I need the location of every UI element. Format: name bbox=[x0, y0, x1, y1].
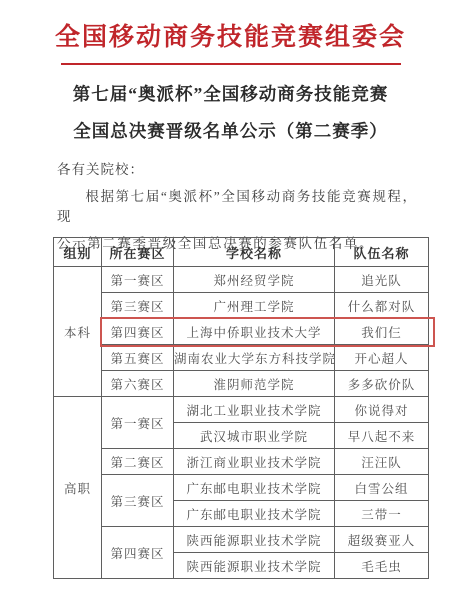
school-cell: 浙江商业职业技术学院 bbox=[174, 449, 335, 475]
table-row: 第三赛区广州理工学院什么都对队 bbox=[54, 293, 429, 319]
document-page: 全国移动商务技能竞赛组委会 第七届“奥派杯”全国移动商务技能竞赛 全国总决赛晋级… bbox=[0, 0, 461, 612]
table-row: 第四赛区上海中侨职业技术大学我们仨 bbox=[54, 319, 429, 345]
salutation: 各有关院校： bbox=[57, 160, 431, 180]
team-cell: 多多砍价队 bbox=[335, 371, 429, 397]
doc-title-line2: 全国总决赛晋级名单公示（第二赛季） bbox=[0, 119, 461, 143]
zone-cell: 第四赛区 bbox=[102, 527, 174, 579]
col-header-school: 学校名称 bbox=[174, 238, 335, 267]
table-row: 高职第一赛区湖北工业职业技术学院你说得对 bbox=[54, 397, 429, 423]
zone-cell: 第三赛区 bbox=[102, 293, 174, 319]
school-cell: 上海中侨职业技术大学 bbox=[174, 319, 335, 345]
team-cell: 毛毛虫 bbox=[335, 553, 429, 579]
team-cell: 开心超人 bbox=[335, 345, 429, 371]
team-cell: 你说得对 bbox=[335, 397, 429, 423]
school-cell: 淮阴师范学院 bbox=[174, 371, 335, 397]
table-row: 第三赛区广东邮电职业技术学院白雪公组 bbox=[54, 475, 429, 501]
col-header-zone: 所在赛区 bbox=[102, 238, 174, 267]
team-cell: 我们仨 bbox=[335, 319, 429, 345]
intro-line1: 根据第七届“奥派杯”全国移动商务技能竞赛规程，现 bbox=[57, 187, 431, 227]
school-cell: 陕西能源职业技术学院 bbox=[174, 527, 335, 553]
team-cell: 什么都对队 bbox=[335, 293, 429, 319]
col-header-team: 队伍名称 bbox=[335, 238, 429, 267]
zone-cell: 第三赛区 bbox=[102, 475, 174, 527]
org-title: 全国移动商务技能竞赛组委会 bbox=[0, 0, 461, 56]
team-cell: 三带一 bbox=[335, 501, 429, 527]
doc-title-line1: 第七届“奥派杯”全国移动商务技能竞赛 bbox=[0, 82, 461, 106]
group-cell: 高职 bbox=[54, 397, 102, 579]
team-cell: 汪汪队 bbox=[335, 449, 429, 475]
zone-cell: 第四赛区 bbox=[102, 319, 174, 345]
team-cell: 超级赛亚人 bbox=[335, 527, 429, 553]
school-cell: 陕西能源职业技术学院 bbox=[174, 553, 335, 579]
team-cell: 早八起不来 bbox=[335, 423, 429, 449]
table-row: 第二赛区浙江商业职业技术学院汪汪队 bbox=[54, 449, 429, 475]
school-cell: 湖北工业职业技术学院 bbox=[174, 397, 335, 423]
zone-cell: 第五赛区 bbox=[102, 345, 174, 371]
table-row: 第四赛区陕西能源职业技术学院超级赛亚人 bbox=[54, 527, 429, 553]
table-row: 第六赛区淮阴师范学院多多砍价队 bbox=[54, 371, 429, 397]
zone-cell: 第一赛区 bbox=[102, 397, 174, 449]
zone-cell: 第六赛区 bbox=[102, 371, 174, 397]
col-header-group: 组别 bbox=[54, 238, 102, 267]
zone-cell: 第一赛区 bbox=[102, 267, 174, 293]
table-header-row: 组别 所在赛区 学校名称 队伍名称 bbox=[54, 238, 429, 267]
school-cell: 郑州经贸学院 bbox=[174, 267, 335, 293]
table-row: 第五赛区湖南农业大学东方科技学院开心超人 bbox=[54, 345, 429, 371]
group-cell: 本科 bbox=[54, 267, 102, 397]
school-cell: 广东邮电职业技术学院 bbox=[174, 501, 335, 527]
school-cell: 广东邮电职业技术学院 bbox=[174, 475, 335, 501]
table-row: 本科第一赛区郑州经贸学院追光队 bbox=[54, 267, 429, 293]
school-cell: 武汉城市职业学院 bbox=[174, 423, 335, 449]
school-cell: 湖南农业大学东方科技学院 bbox=[174, 345, 335, 371]
team-cell: 白雪公组 bbox=[335, 475, 429, 501]
qualification-table: 组别 所在赛区 学校名称 队伍名称 本科第一赛区郑州经贸学院追光队第三赛区广州理… bbox=[53, 237, 429, 579]
team-cell: 追光队 bbox=[335, 267, 429, 293]
header-divider-rule bbox=[61, 63, 401, 65]
zone-cell: 第二赛区 bbox=[102, 449, 174, 475]
school-cell: 广州理工学院 bbox=[174, 293, 335, 319]
